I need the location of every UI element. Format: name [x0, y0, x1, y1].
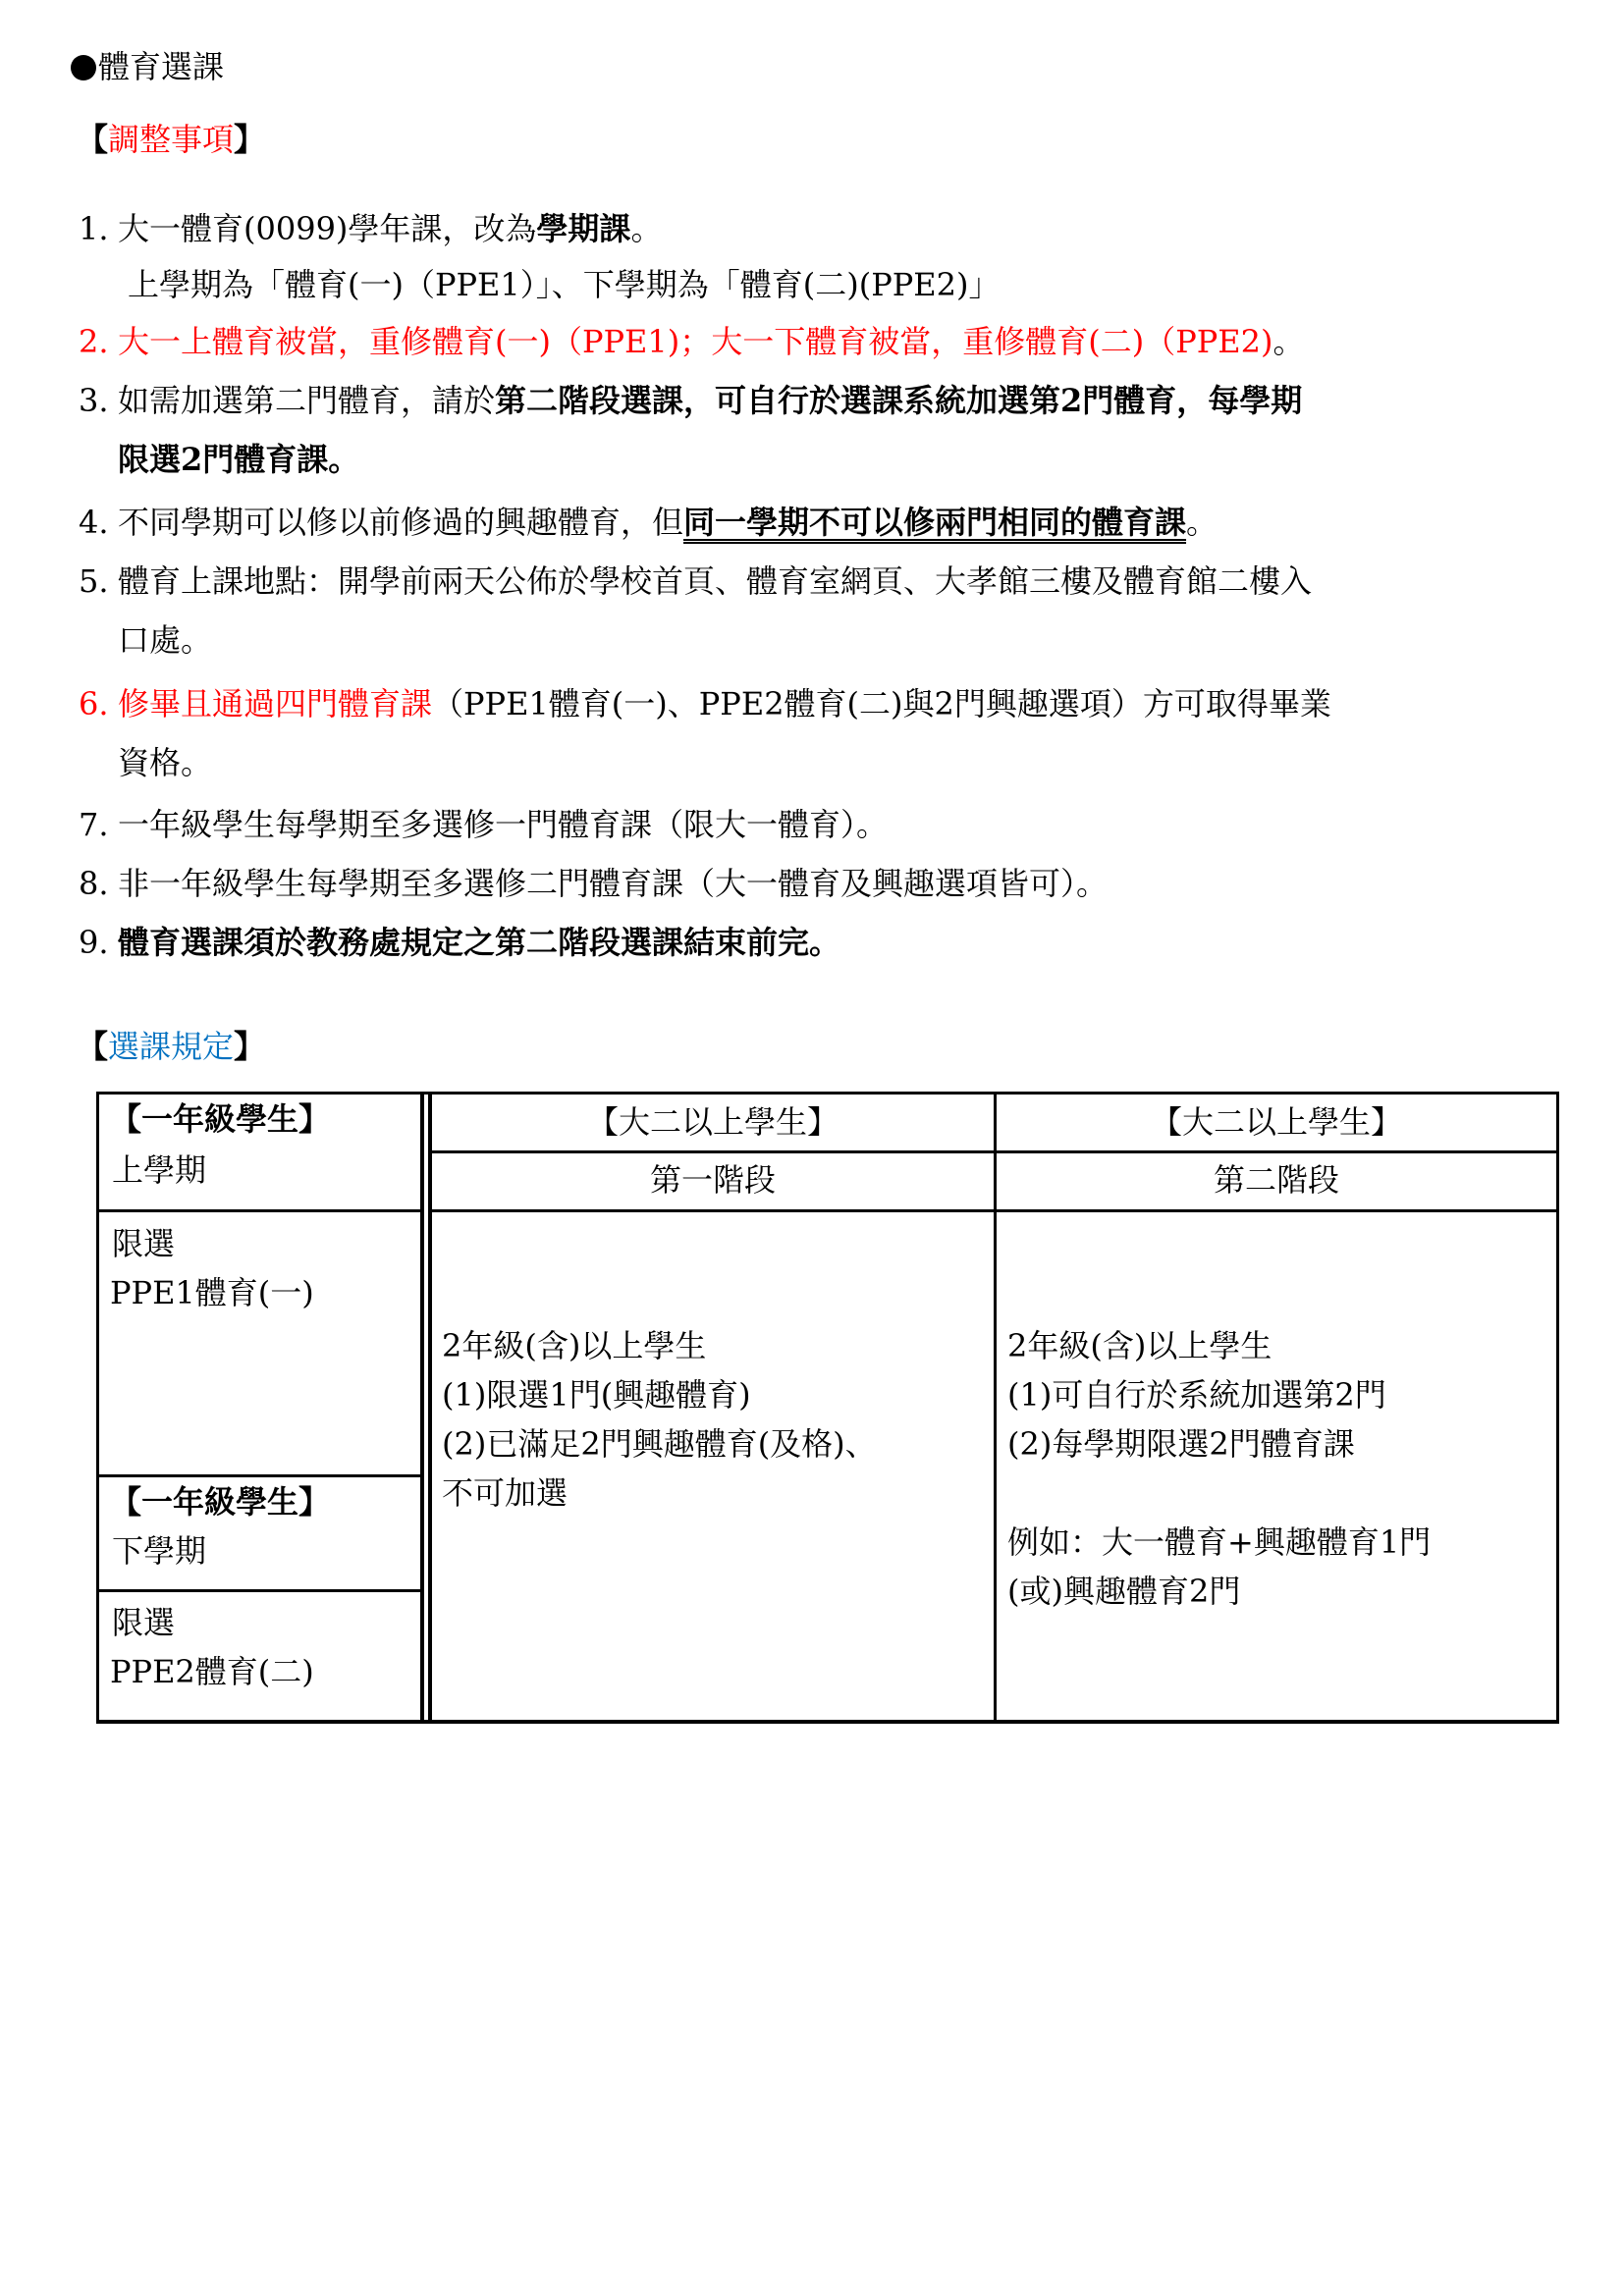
item-number: 4.	[79, 503, 118, 542]
bracket-close: 】	[234, 121, 265, 158]
stage1-label: 第一階段	[432, 1155, 994, 1204]
list-item-7: 7.一年級學生每學期至多選修一門體育課（限大一體育）。	[79, 805, 1581, 844]
table-divider-double-a	[420, 1092, 424, 1724]
bracket-open: 【	[77, 121, 108, 158]
stage2-line: 例如：大一體育+興趣體育1門	[1007, 1518, 1431, 1567]
item-number: 2.	[79, 322, 118, 361]
item-text: 不同學期可以修以前修過的興趣體育，但	[118, 504, 683, 541]
bracket-open: 【	[77, 1028, 108, 1065]
list-item-2: 2.大一上體育被當，重修體育(一)（PPE1)；大一下體育被當，重修體育(二)（…	[79, 322, 1581, 361]
list-item-8: 8.非一年級學生每學期至多選修二門體育課（大一體育及興趣選項皆可）。	[79, 864, 1581, 903]
table-border-left	[96, 1092, 99, 1724]
list-item-6-line2: 資格。	[118, 743, 212, 782]
list-item-6: 6.修畢且通過四門體育課（PPE1體育(一)、PPE2體育(二)與2門興趣選項）…	[79, 684, 1581, 723]
list-item-1: 1.大一體育(0099)學年課，改為學期課。	[79, 209, 1581, 248]
item-text: 大一體育(0099)學年課，改為	[118, 210, 536, 247]
freshman-second-course: PPE2體育(二)	[110, 1647, 314, 1696]
item-number: 3.	[79, 381, 118, 420]
stage1-line: 不可加選	[442, 1468, 568, 1518]
page-title: 體育選課	[71, 47, 224, 86]
item-text: 。	[1272, 323, 1304, 360]
table-border-bottom	[96, 1720, 1559, 1724]
list-item-3-line2: 限選2門體育課。	[118, 440, 359, 479]
rules-heading: 【選課規定】	[77, 1027, 265, 1066]
bullet-icon	[71, 55, 96, 80]
rules-heading-text: 選課規定	[108, 1028, 234, 1065]
list-item-3: 3.如需加選第二門體育，請於第二階段選課，可自行於選課系統加選第2門體育，每學期	[79, 381, 1581, 420]
freshman-second-header: 【一年級學生】	[110, 1480, 330, 1523]
item-text-bold: 第二階段選課，可自行於選課系統加選第2門體育，每學期	[495, 382, 1302, 419]
list-item-9: 9.體育選課須於教務處規定之第二階段選課結束前完。	[79, 923, 1581, 962]
item-text: （PPE1體育(一)、PPE2體育(二)與2門興趣選項）方可取得畢業	[432, 685, 1331, 722]
list-item-1-line2: 上學期為「體育(一)（PPE1）」、下學期為「體育(二)(PPE2)」	[128, 265, 1000, 304]
stage2-line: (2)每學期限選2門體育課	[1007, 1419, 1355, 1468]
item-text-underlined: 同一學期不可以修兩門相同的體育課	[683, 504, 1186, 541]
table-row-line	[430, 1150, 1559, 1153]
list-item-5-line2: 口處。	[118, 620, 212, 660]
item-text: 一年級學生每學期至多選修一門體育課（限大一體育）。	[118, 806, 888, 843]
stage2-label: 第二階段	[997, 1155, 1556, 1204]
item-number: 5.	[79, 561, 118, 601]
item-number: 9.	[79, 923, 118, 962]
list-item-4: 4.不同學期可以修以前修過的興趣體育，但同一學期不可以修兩門相同的體育課。	[79, 503, 1581, 542]
item-text: 體育上課地點：開學前兩天公佈於學校首頁、體育室網頁、大孝館三樓及體育館二樓入	[118, 562, 1312, 600]
freshman-first-restrict: 限選	[112, 1219, 175, 1268]
stage2-line: (或)興趣體育2門	[1007, 1567, 1240, 1616]
item-text-bold: 體育選課須於教務處規定之第二階段選課結束前完。	[118, 924, 840, 961]
bracket-close: 】	[234, 1028, 265, 1065]
stage1-header: 【大二以上學生】	[432, 1097, 994, 1147]
table-row-line	[96, 1474, 422, 1477]
item-number: 6.	[79, 684, 118, 723]
list-item-5: 5.體育上課地點：開學前兩天公佈於學校首頁、體育室網頁、大孝館三樓及體育館二樓入	[79, 561, 1581, 601]
freshman-first-term: 上學期	[112, 1148, 206, 1192]
item-text: 。	[1186, 504, 1218, 541]
item-number: 7.	[79, 805, 118, 844]
freshman-second-restrict: 限選	[112, 1598, 175, 1647]
item-text: 。	[630, 210, 662, 247]
freshman-second-term: 下學期	[112, 1529, 206, 1573]
rules-table: 【一年級學生】 上學期 限選 PPE1體育(一) 【一年級學生】 下學期 限選 …	[96, 1092, 1559, 1724]
document-page: 體育選課 【調整事項】 1.大一體育(0099)學年課，改為學期課。 上學期為「…	[0, 0, 1624, 2296]
item-text: 非一年級學生每學期至多選修二門體育課（大一體育及興趣選項皆可）。	[118, 865, 1108, 902]
item-number: 1.	[79, 209, 118, 248]
table-border-right	[1556, 1092, 1559, 1724]
table-row-line	[96, 1209, 422, 1212]
adjustments-heading: 【調整事項】	[77, 120, 265, 159]
item-text-red: 修畢且通過四門體育課	[118, 685, 432, 722]
item-text-red: 大一上體育被當，重修體育(一)（PPE1)；大一下體育被當，重修體育(二)（PP…	[118, 323, 1272, 360]
table-row-line	[96, 1589, 422, 1592]
stage1-line: 2年級(含)以上學生	[442, 1321, 706, 1370]
stage2-header: 【大二以上學生】	[997, 1097, 1556, 1147]
stage1-line: (2)已滿足2門興趣體育(及格)、	[442, 1419, 877, 1468]
item-text: 如需加選第二門體育，請於	[118, 382, 495, 419]
table-border-top	[96, 1092, 1559, 1095]
adjustments-heading-text: 調整事項	[108, 121, 234, 158]
freshman-first-course: PPE1體育(一)	[110, 1268, 314, 1317]
freshman-first-header: 【一年級學生】	[110, 1097, 330, 1141]
stage1-line: (1)限選1門(興趣體育)	[442, 1370, 751, 1419]
item-text-bold: 學期課	[536, 210, 630, 247]
page-title-text: 體育選課	[98, 48, 224, 85]
item-number: 8.	[79, 864, 118, 903]
table-row-line	[430, 1209, 1559, 1212]
stage2-line: (1)可自行於系統加選第2門	[1007, 1370, 1386, 1419]
stage2-line: 2年級(含)以上學生	[1007, 1321, 1272, 1370]
